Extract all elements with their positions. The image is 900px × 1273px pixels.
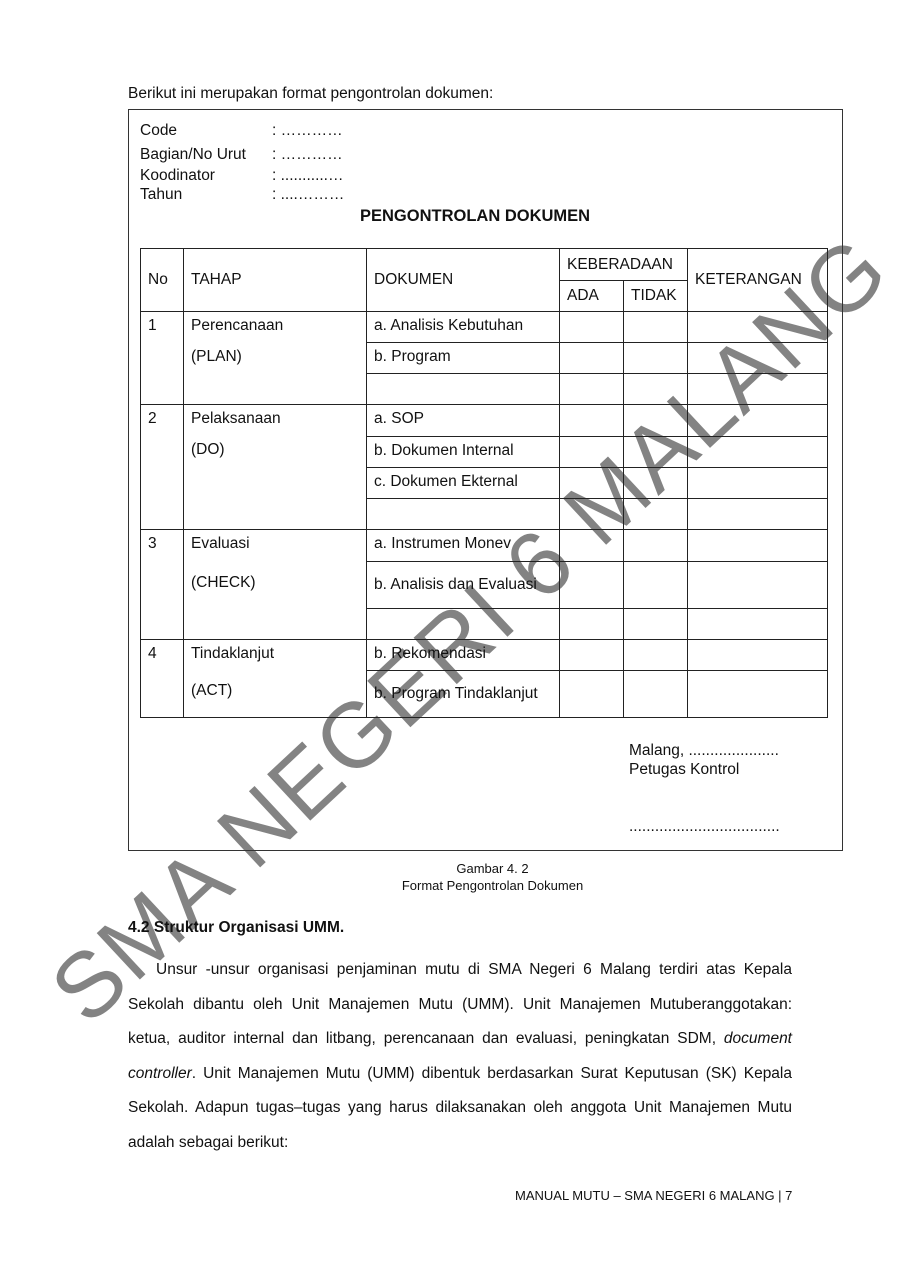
row-dokumen: b. Program Tindaklanjut — [367, 671, 560, 718]
header-dokumen: DOKUMEN — [367, 249, 560, 312]
cell-keterangan[interactable] — [688, 640, 828, 671]
cell-ada[interactable] — [560, 671, 624, 718]
cell-keterangan[interactable] — [688, 530, 828, 562]
cell-tidak[interactable] — [624, 468, 688, 499]
row-no: 2 — [141, 405, 184, 530]
cell-keterangan[interactable] — [688, 437, 828, 468]
tahap-sub: (PLAN) — [191, 335, 366, 366]
header-tahap: TAHAP — [184, 249, 367, 312]
row-tahap: Evaluasi (CHECK) — [184, 530, 367, 640]
cell-tidak[interactable] — [624, 374, 688, 405]
cell-ada[interactable] — [560, 640, 624, 671]
header-tidak: TIDAK — [624, 281, 688, 312]
tahap-label: Tindaklanjut — [191, 640, 366, 663]
row-dokumen: b. Dokumen Internal — [367, 437, 560, 468]
cell-ada[interactable] — [560, 374, 624, 405]
cell-ada[interactable] — [560, 437, 624, 468]
cell-ada[interactable] — [560, 499, 624, 530]
tahap-sub: (DO) — [191, 428, 366, 459]
row-dokumen — [367, 374, 560, 405]
cell-keterangan[interactable] — [688, 312, 828, 343]
row-dokumen: c. Dokumen Ekternal — [367, 468, 560, 499]
cell-ada[interactable] — [560, 468, 624, 499]
cell-tidak[interactable] — [624, 312, 688, 343]
section-heading: 4.2 Struktur Organisasi UMM. — [128, 919, 344, 937]
cell-keterangan[interactable] — [688, 374, 828, 405]
table-row: 3 Evaluasi (CHECK) a. Instrumen Monev — [141, 530, 828, 562]
tahap-label: Perencanaan — [191, 312, 366, 335]
cell-keterangan[interactable] — [688, 499, 828, 530]
row-tahap: Tindaklanjut (ACT) — [184, 640, 367, 718]
header-keberadaan: KEBERADAAN — [560, 249, 688, 281]
table-row: 1 Perencanaan (PLAN) a. Analisis Kebutuh… — [141, 312, 828, 343]
cell-tidak[interactable] — [624, 562, 688, 609]
row-tahap: Pelaksanaan (DO) — [184, 405, 367, 530]
row-no: 1 — [141, 312, 184, 405]
tahap-sub: (ACT) — [191, 663, 366, 700]
cell-keterangan[interactable] — [688, 671, 828, 718]
tahap-sub: (CHECK) — [191, 553, 366, 592]
row-dokumen: b. Program — [367, 343, 560, 374]
cell-keterangan[interactable] — [688, 468, 828, 499]
row-dokumen: b. Analisis dan Evaluasi — [367, 562, 560, 609]
row-no: 3 — [141, 530, 184, 640]
cell-tidak[interactable] — [624, 609, 688, 640]
cell-ada[interactable] — [560, 312, 624, 343]
cell-tidak[interactable] — [624, 405, 688, 437]
row-tahap: Perencanaan (PLAN) — [184, 312, 367, 405]
table-row: 2 Pelaksanaan (DO) a. SOP — [141, 405, 828, 437]
tahap-label: Evaluasi — [191, 530, 366, 553]
row-dokumen: b. Rekomendasi — [367, 640, 560, 671]
cell-tidak[interactable] — [624, 499, 688, 530]
table-row: 4 Tindaklanjut (ACT) b. Rekomendasi — [141, 640, 828, 671]
row-dokumen: a. Instrumen Monev — [367, 530, 560, 562]
row-dokumen — [367, 499, 560, 530]
header-no: No — [141, 249, 184, 312]
cell-keterangan[interactable] — [688, 405, 828, 437]
figure-number: Gambar 4. 2 — [0, 861, 900, 876]
figure-title: Format Pengontrolan Dokumen — [0, 878, 900, 893]
cell-keterangan[interactable] — [688, 562, 828, 609]
body-paragraph: Unsur -unsur organisasi penjaminan mutu … — [128, 953, 792, 1160]
intro-text: Berikut ini merupakan format pengontrola… — [128, 85, 493, 103]
header-ada: ADA — [560, 281, 624, 312]
cell-keterangan[interactable] — [688, 609, 828, 640]
cell-tidak[interactable] — [624, 437, 688, 468]
page-footer: MANUAL MUTU – SMA NEGERI 6 MALANG | 7 — [515, 1188, 792, 1203]
document-control-table: No TAHAP DOKUMEN KEBERADAAN KETERANGAN A… — [140, 248, 828, 718]
tahap-label: Pelaksanaan — [191, 405, 366, 428]
cell-ada[interactable] — [560, 562, 624, 609]
cell-ada[interactable] — [560, 405, 624, 437]
cell-tidak[interactable] — [624, 671, 688, 718]
row-dokumen — [367, 609, 560, 640]
cell-ada[interactable] — [560, 530, 624, 562]
cell-keterangan[interactable] — [688, 343, 828, 374]
cell-tidak[interactable] — [624, 530, 688, 562]
header-keterangan: KETERANGAN — [688, 249, 828, 312]
row-dokumen: a. Analisis Kebutuhan — [367, 312, 560, 343]
cell-ada[interactable] — [560, 609, 624, 640]
cell-tidak[interactable] — [624, 343, 688, 374]
row-dokumen: a. SOP — [367, 405, 560, 437]
cell-ada[interactable] — [560, 343, 624, 374]
cell-tidak[interactable] — [624, 640, 688, 671]
row-no: 4 — [141, 640, 184, 718]
